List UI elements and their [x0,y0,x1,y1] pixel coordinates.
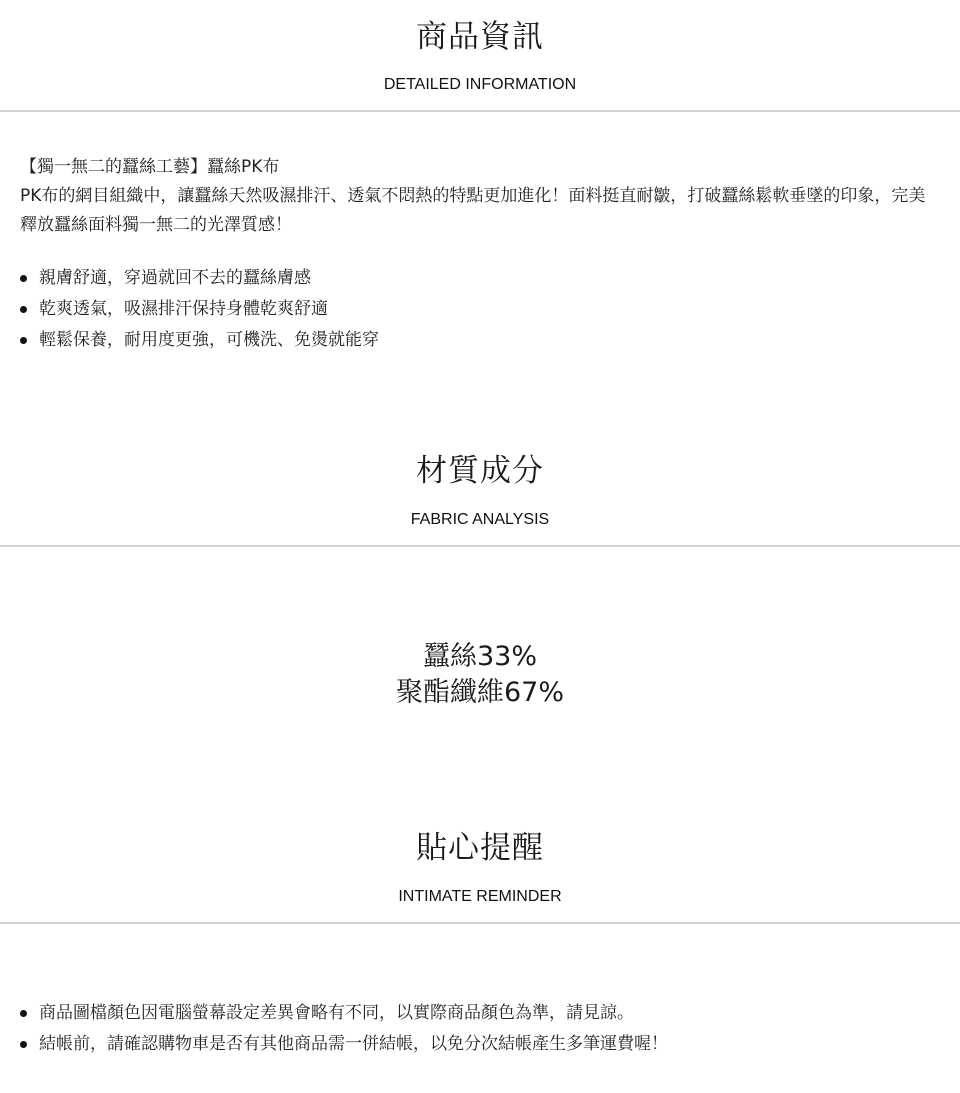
bullet-icon [20,1010,27,1017]
fabric-line-silk: 蠶絲33% [0,639,960,675]
list-item: 商品圖檔顏色因電腦螢幕設定差異會略有不同，以實際商品顏色為準，請見諒。 [20,998,940,1029]
feature-list: 親膚舒適，穿過就回不去的蠶絲膚感 乾爽透氣，吸濕排汗保持身體乾爽舒適 輕鬆保養，… [20,263,940,356]
product-description: 【獨一無二的蠶絲工藝】蠶絲PK布 PK布的網目組織中，讓蠶絲天然吸濕排汗、透氣不… [20,153,940,240]
bullet-icon [20,275,27,282]
section-title-detail: 商品資訊 [0,17,960,57]
description-heading: 【獨一無二的蠶絲工藝】蠶絲PK布 [20,153,940,182]
section-subtitle-reminder: INTIMATE REMINDER [0,887,960,907]
list-item: 乾爽透氣，吸濕排汗保持身體乾爽舒適 [20,294,940,325]
list-item: 結帳前，請確認購物車是否有其他商品需一併結帳，以免分次結帳產生多筆運費喔！ [20,1029,940,1060]
divider [0,922,960,924]
bullet-icon [20,337,27,344]
fabric-composition: 蠶絲33% 聚酯纖維67% [0,639,960,711]
list-item: 親膚舒適，穿過就回不去的蠶絲膚感 [20,263,940,294]
section-subtitle-detail: DETAILED INFORMATION [0,75,960,95]
bullet-icon [20,1041,27,1048]
bullet-icon [20,306,27,313]
divider [0,110,960,112]
section-title-fabric: 材質成分 [0,451,960,491]
section-title-reminder: 貼心提醒 [0,828,960,868]
reminder-list: 商品圖檔顏色因電腦螢幕設定差異會略有不同，以實際商品顏色為準，請見諒。 結帳前，… [20,998,940,1060]
divider [0,545,960,547]
fabric-line-polyester: 聚酯纖維67% [0,675,960,711]
list-item: 輕鬆保養，耐用度更強，可機洗、免燙就能穿 [20,325,940,356]
section-subtitle-fabric: FABRIC ANALYSIS [0,510,960,530]
description-paragraph: PK布的網目組織中，讓蠶絲天然吸濕排汗、透氣不悶熱的特點更加進化！面料挺直耐皺，… [20,182,940,240]
